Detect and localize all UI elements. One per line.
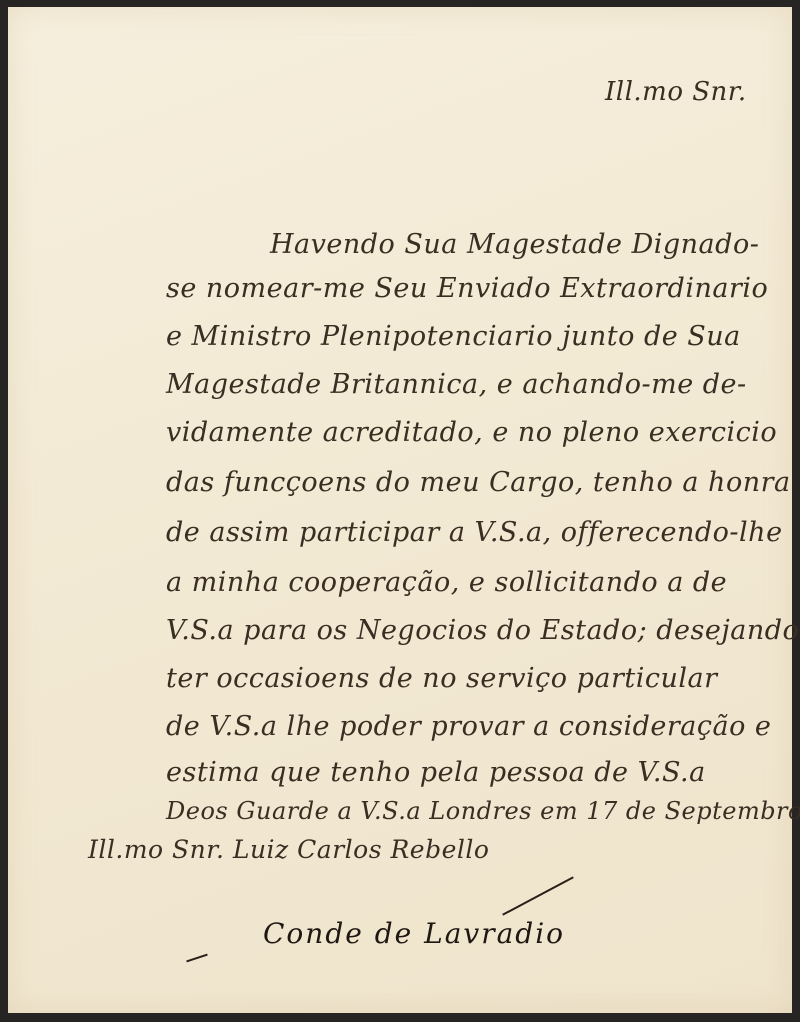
- salutation: Ill.mo Snr.: [605, 77, 747, 107]
- body-line-1: Havendo Sua Magestade Dignado-: [270, 229, 759, 260]
- body-line-9: V.S.a para os Negocios do Estado; deseja…: [166, 615, 799, 646]
- body-line-8: a minha cooperação, e sollicitando a de: [166, 567, 727, 598]
- body-line-3: e Ministro Plenipotenciario junto de Sua: [166, 321, 741, 352]
- body-line-6: das funcçoens do meu Cargo, tenho a honr…: [166, 467, 791, 498]
- body-line-4: Magestade Britannica, e achando-me de-: [166, 369, 747, 400]
- signature: Conde de Lavradio: [263, 917, 565, 950]
- body-line-2: se nomear-me Seu Enviado Extraordinario: [166, 273, 768, 304]
- addressee: Ill.mo Snr. Luiz Carlos Rebello: [88, 835, 489, 864]
- letter-page: Ill.mo Snr. Havendo Sua Magestade Dignad…: [8, 7, 792, 1013]
- body-line-5: vidamente acreditado, e no pleno exercic…: [166, 417, 777, 448]
- body-line-11: de V.S.a lhe poder provar a consideração…: [166, 711, 771, 742]
- body-line-7: de assim participar a V.S.a, offerecendo…: [166, 517, 783, 548]
- body-line-10: ter occasioens de no serviço particular: [166, 663, 718, 694]
- signature-flourish: [186, 954, 208, 963]
- closing-line: Deos Guarde a V.S.a Londres em 17 de Sep…: [166, 797, 800, 825]
- body-line-12: estima que tenho pela pessoa de V.S.a: [166, 757, 706, 788]
- signature-stroke: [502, 876, 574, 915]
